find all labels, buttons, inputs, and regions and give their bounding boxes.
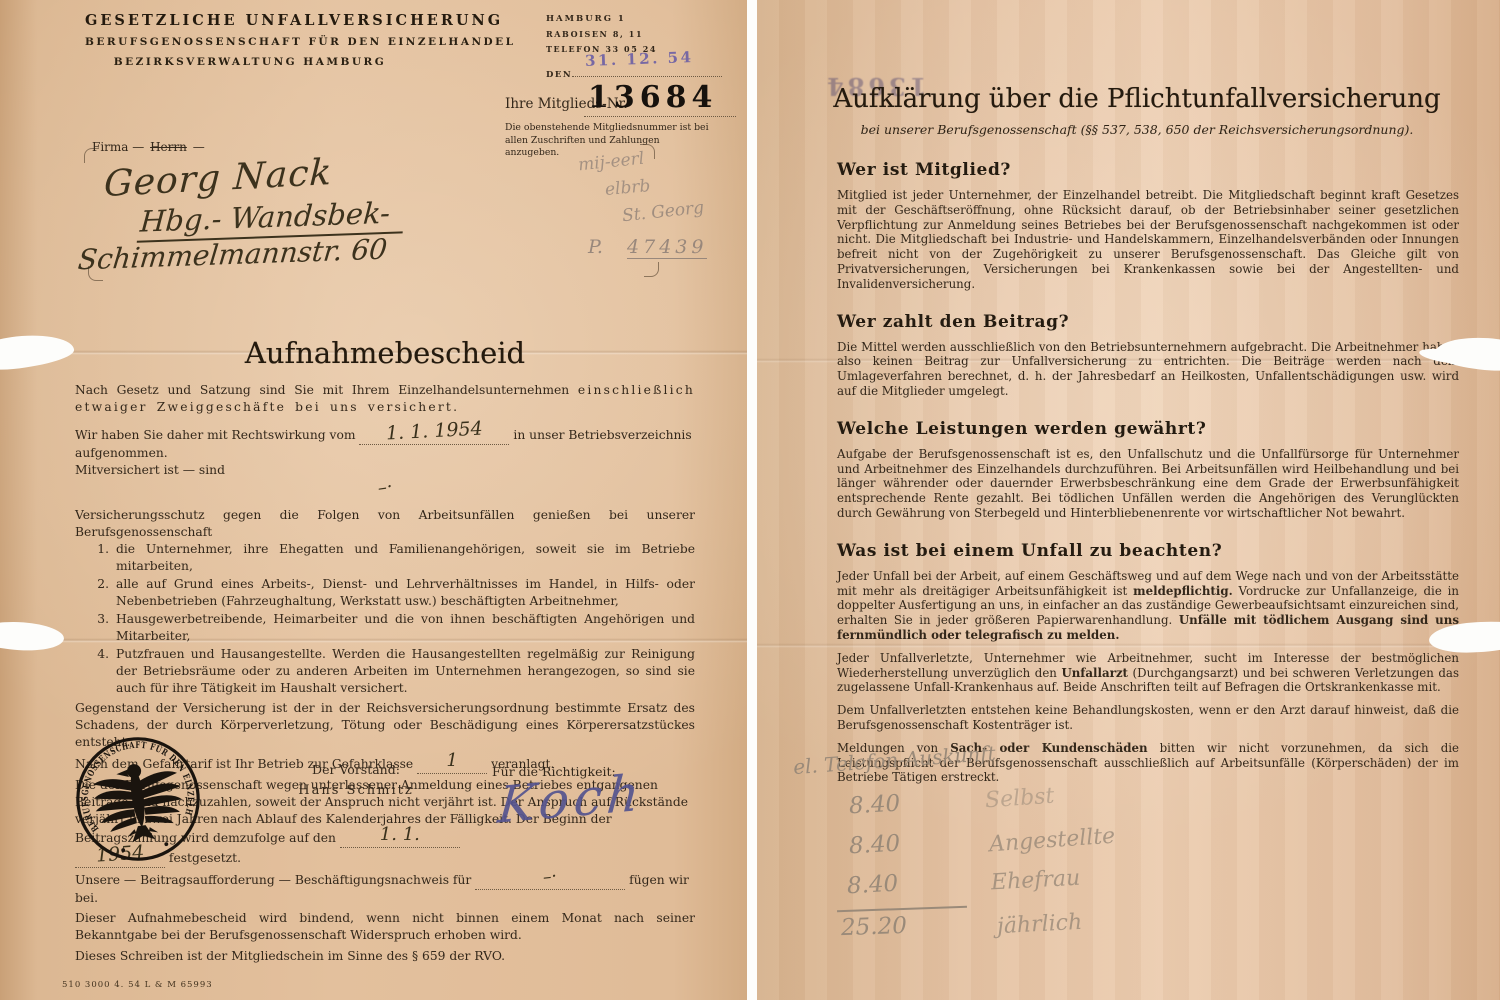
section-heading-unfall: Was ist bei einem Unfall zu beachten? (837, 541, 1459, 561)
list-item-number: 2. (89, 576, 109, 610)
pencil-scribble-2: elbrb (604, 176, 651, 200)
recipient-name-handwritten: Georg Nack (103, 152, 333, 205)
aufklaerung-title: Aufklärung über die Pflichtunfallversich… (817, 84, 1457, 114)
main-body: Nach Gesetz und Satzung sind Sie mit Ihr… (75, 382, 695, 965)
pencil-total-amount: 25.20 (841, 913, 908, 941)
address-window-corner (644, 262, 659, 277)
p6-dotted-line: –· (475, 871, 625, 890)
p6-before: Unsere — Beitragsaufforderung — Beschäft… (75, 873, 471, 887)
list-item-text: Hausgewerbetreibende, Heimarbeiter und d… (116, 611, 695, 645)
office-city: HAMBURG 1 (546, 14, 657, 24)
paragraph-6: Unsere — Beitragsaufforderung — Beschäft… (75, 871, 695, 907)
vorstand-block: Der Vorstand: Hans Schmitz (296, 762, 416, 798)
eagle-seal-stamp: BERUFSGENOSSENSCHAFT FÜR DEN EINZELHANDE… (65, 724, 210, 875)
date-label: DEN (546, 70, 572, 80)
list-item-text: die Unternehmer, ihre Ehegatten und Fami… (116, 541, 695, 575)
eagle-seal-svg: BERUFSGENOSSENSCHAFT FÜR DEN EINZELHANDE… (65, 724, 210, 875)
unfall-paragraph-1: Jeder Unfall bei der Arbeit, auf einem G… (837, 569, 1459, 643)
unfall-paragraph-3: Dem Unfallverletzten entstehen keine Beh… (837, 703, 1459, 733)
aufklaerung-subtitle: bei unserer Berufsgenossenschaft (§§ 537… (817, 122, 1457, 137)
document-title: Aufnahmebescheid (75, 336, 695, 370)
section-body-leistungen: Aufgabe der Berufsgenossenschaft ist es,… (837, 447, 1459, 521)
firma-label: Firma — (92, 140, 144, 154)
address-window-corner (640, 144, 655, 159)
pencil-row-amount: 8.40 (848, 831, 901, 860)
list-item-number: 1. (89, 541, 109, 575)
section-heading-mitglied: Wer ist Mitglied? (837, 160, 1459, 180)
scanned-document: GESETZLICHE UNFALLVERSICHERUNG BERUFSGEN… (0, 0, 1500, 1000)
pencil-row-label: Selbst (984, 784, 1055, 814)
date-stamp: 31. 12. 54 (585, 48, 694, 70)
p2-before: Wir haben Sie daher mit Rechtswirkung vo… (75, 428, 356, 442)
list-item: 2.alle auf Grund eines Arbeits-, Dienst-… (89, 576, 695, 610)
eagle-icon (90, 758, 187, 847)
list-item: 4.Putzfrauen und Hausangestellte. Werden… (89, 646, 695, 697)
p2-line2: Mitversichert ist — sind (75, 463, 225, 477)
paragraph-1: Nach Gesetz und Satzung sind Sie mit Ihr… (75, 382, 695, 416)
letterhead-line3: BEZIRKSVERWALTUNG HAMBURG (85, 56, 415, 68)
office-address: HAMBURG 1 RABOISEN 8, 11 TELEFON 33 05 2… (546, 14, 657, 54)
unfall-p2-bold-unfallarzt: Unfallarzt (1061, 666, 1128, 680)
p4-class-handwritten: 1 (446, 750, 457, 771)
print-code: 510 3000 4. 54 L & M 65993 (62, 980, 213, 990)
list-item: 1.die Unternehmer, ihre Ehegatten und Fa… (89, 541, 695, 575)
page-aufnahmebescheid: GESETZLICHE UNFALLVERSICHERUNG BERUFSGEN… (0, 0, 747, 1000)
paragraph-8: Dieses Schreiben ist der Mitgliedschein … (75, 948, 695, 965)
section-body-beitrag: Die Mittel werden ausschließlich von den… (837, 340, 1459, 399)
pencil-row-label: Angestellte (988, 824, 1116, 858)
insured-list: Versicherungsschutz gegen die Folgen von… (75, 507, 695, 697)
p2-date-handwritten: 1. 1. 1954 (386, 420, 483, 442)
list-item-number: 4. (89, 646, 109, 697)
list-item-text: alle auf Grund eines Arbeits-, Dienst- u… (116, 576, 695, 610)
page-aufklaerung: 13684 Aufklärung über die Pflichtunfallv… (757, 0, 1500, 1000)
list-item: 3.Hausgewerbetreibende, Heimarbeiter und… (89, 611, 695, 645)
letterhead-line1: GESETZLICHE UNFALLVERSICHERUNG (85, 12, 516, 29)
unfall-p1-bold-meldepflichtig: meldepflichtig. (1133, 584, 1233, 598)
p5-dotted-line-1: 1. 1. (340, 828, 460, 848)
firma-line: Firma — Herrn — (92, 140, 205, 154)
pencil-number-note: P. 47439 (588, 236, 707, 258)
paragraph-7: Dieser Aufnahmebescheid wird bindend, we… (75, 910, 695, 944)
p2-dotted-line: 1. 1. 1954 (359, 425, 509, 445)
pencil-number-value: 47439 (627, 236, 707, 259)
pencil-scribble-3: St. Georg (621, 198, 705, 226)
letterhead: GESETZLICHE UNFALLVERSICHERUNG BERUFSGEN… (85, 12, 516, 68)
section-heading-leistungen: Welche Leistungen werden gewährt? (837, 419, 1459, 439)
paragraph-2: Wir haben Sie daher mit Rechtswirkung vo… (75, 425, 695, 493)
vorstand-name: Hans Schmitz (296, 783, 416, 798)
member-note-line1: Die obenstehende Mitgliedsnummer ist bei (505, 122, 709, 133)
office-street: RABOISEN 8, 11 (546, 29, 657, 39)
p4-dotted-line: 1 (417, 754, 487, 774)
p1-text: Nach Gesetz und Satzung sind Sie mit Ihr… (75, 383, 578, 397)
pencil-row-amount: 8.40 (846, 871, 899, 900)
list-item-text: Putzfrauen und Hausangestellte. Werden d… (116, 646, 695, 697)
section-body-mitglied: Mitglied ist jeder Unternehmer, der Einz… (837, 188, 1459, 292)
pencil-p-label: P. (588, 236, 603, 258)
recipient-street-handwritten: Schimmelmannstr. 60 (76, 233, 388, 277)
pencil-total-label: jährlich (996, 910, 1082, 939)
sections-column: Wer ist Mitglied? Mitglied ist jeder Unt… (837, 142, 1459, 789)
pencil-row-label: Ehefrau (990, 866, 1080, 896)
member-number-dotted-line (584, 104, 736, 117)
section-heading-beitrag: Wer zahlt den Beitrag? (837, 312, 1459, 332)
letterhead-line2: BERUFSGENOSSENSCHAFT FÜR DEN EINZELHANDE… (85, 36, 516, 48)
p5-date1-handwritten: 1. 1. (380, 824, 420, 845)
pencil-row-amount: 8.40 (848, 791, 901, 820)
struck-herrn: Herrn (150, 140, 187, 154)
firma-dash: — (193, 140, 205, 154)
unfall-paragraph-2: Jeder Unfallverletzte, Unternehmer wie A… (837, 651, 1459, 695)
vorstand-label: Der Vorstand: (296, 762, 416, 777)
pencil-sum-line (837, 906, 967, 913)
p6-fill-handwritten: –· (542, 868, 558, 886)
list-item-number: 3. (89, 611, 109, 645)
paper-tear (0, 619, 65, 653)
